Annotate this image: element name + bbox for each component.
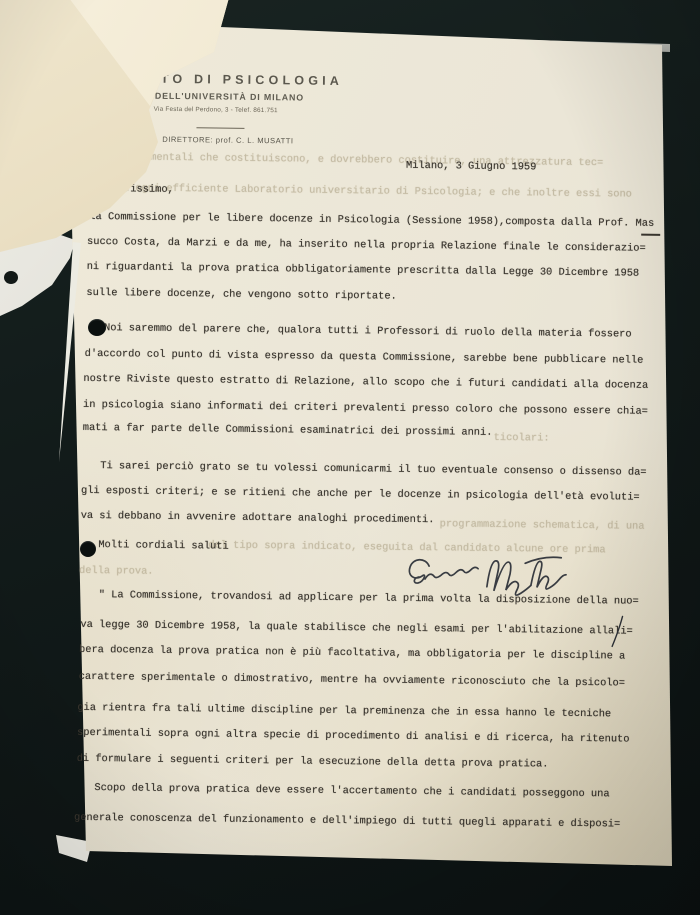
letterhead-director: DIRETTORE: prof. C. L. MUSATTI [162,135,293,146]
dateline: Milano, 3 Giugno 1959 [406,160,536,174]
typed-line: sperimentali sopra ogni altra specie di … [77,727,630,746]
punch-hole [88,319,106,336]
typed-line: gli esposti criteri; e se ritieni che an… [81,485,640,504]
typed-line: succo Costa, da Marzi e da me, ha inseri… [87,236,646,255]
letterhead-address: Via Festa del Perdono, 3 - Telef. 861.75… [154,106,278,115]
typed-line: generale conoscenza del funzionamento e … [74,812,620,831]
typed-line: d'accordo col punto di vista espresso da… [85,348,644,367]
typed-line: carattere sperimentale o dimostrativo, m… [79,671,625,690]
ghost-fragment: della prova. [79,565,154,578]
typed-line: Noi saremmo del parere che, qualora tutt… [104,322,632,340]
typed-line: ni riguardanti la prova pratica obbligat… [87,261,640,280]
typed-line: mati a far parte delle Commissioni esami… [83,422,493,439]
signature-cesare-musatti [391,548,588,612]
typed-line: gia rientra fra tali ultime discipline p… [77,702,611,721]
handwritten-insertion-mark [608,614,626,648]
typed-line: nostre Riviste questo estratto di Relazi… [83,373,648,392]
typed-line: Ti sarei perciò grato se tu volessi comu… [100,460,646,479]
ghost-fragment: ticolari: [494,432,550,445]
underline-mark [641,234,660,236]
typed-line: di formulare i seguenti criteri per la e… [77,753,549,771]
typed-line: va legge 30 Dicembre 1958, la quale stab… [80,619,633,638]
typed-line: sulle libere docenze, che vengono sotto … [86,287,396,303]
typed-line: Scopo della prova pratica deve essere l'… [94,782,609,800]
letterhead-university: DELL'UNIVERSITÀ DI MILANO [155,91,304,103]
closing-line: Molti cordiali saluti [98,539,228,553]
ghost-fragment: programmazione schematica, di una [440,518,645,533]
letterhead-divider [196,127,244,129]
typed-line: la Commissione per le libere docenze in … [89,211,654,230]
typed-line: in psicologia siano informati dei criter… [83,399,648,418]
scanned-letter-photo: ISTITUTO DI PSICOLOGIA DELL'UNIVERSITÀ D… [0,0,700,915]
punch-hole [80,541,96,557]
typed-line: va si debbano in avvenire adottare analo… [81,510,435,526]
typed-line: bera docenza la prova pratica non è più … [79,644,625,663]
